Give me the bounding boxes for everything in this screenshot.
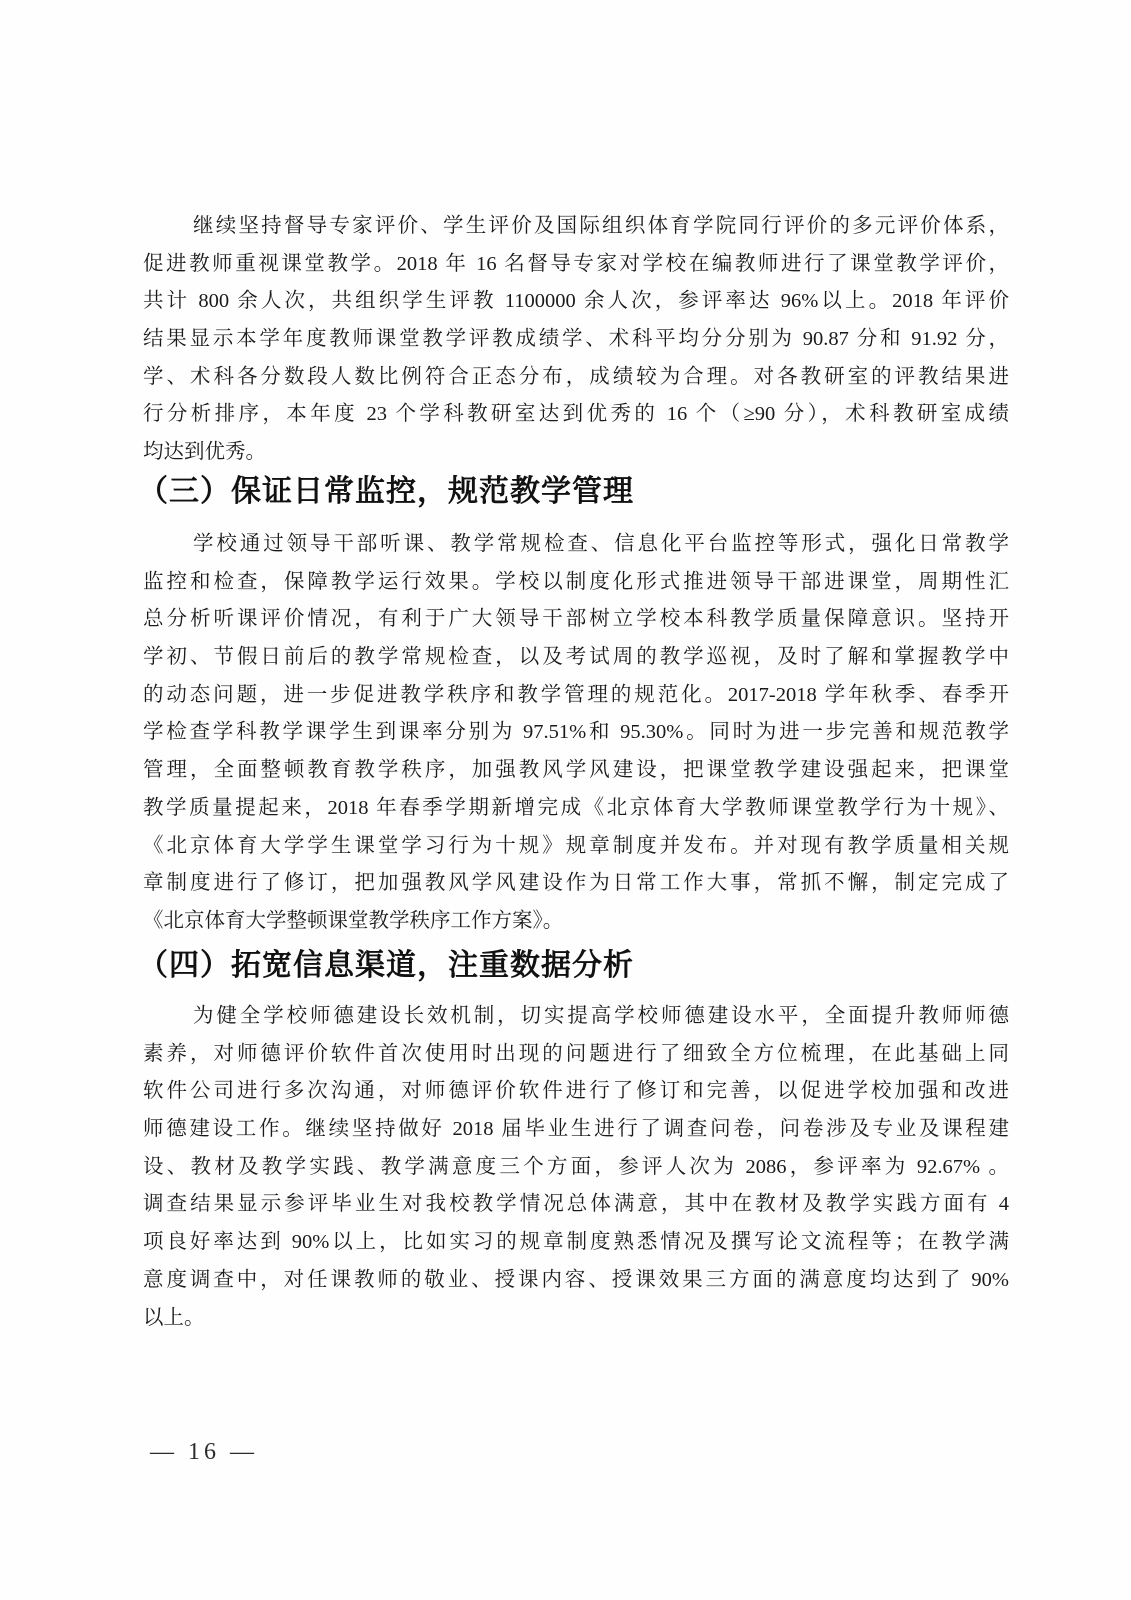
text-line: 管理，全面整顿教育教学秩序，加强教风学风建设，把课堂教学建设强起来，把课堂	[143, 752, 1009, 790]
text-line: 素养，对师德评价软件首次使用时出现的问题进行了细致全方位梳理，在此基础上同	[143, 1036, 1009, 1074]
text-line: 共计 800 余人次，共组织学生评教 1100000 余人次，参评率达 96%以…	[143, 283, 1009, 321]
page-number: — 16 —	[150, 1433, 258, 1471]
document-page: 继续坚持督导专家评价、学生评价及国际组织体育学院同行评价的多元评价体系， 促进教…	[0, 0, 1131, 1600]
text-line: 软件公司进行多次沟通，对师德评价软件进行了修订和完善，以促进学校加强和改进	[143, 1073, 1009, 1111]
text-line: 均达到优秀。	[143, 434, 1009, 472]
text-line: 教学质量提起来，2018 年春季学期新增完成《北京体育大学教师课堂教学行为十规》…	[143, 790, 1009, 828]
paragraph-3: 为健全学校师德建设长效机制，切实提高学校师德建设水平，全面提升教师师德 素养，对…	[143, 998, 1009, 1337]
section-heading-3: （三）保证日常监控，规范教学管理	[138, 469, 1018, 515]
text-line: 《北京体育大学整顿课堂教学秩序工作方案》。	[143, 903, 1009, 941]
text-line: 促进教师重视课堂教学。2018 年 16 名督导专家对学校在编教师进行了课堂教学…	[143, 246, 1009, 284]
text-line: 意度调查中，对任课教师的敬业、授课内容、授课效果三方面的满意度均达到了 90%	[143, 1262, 1009, 1300]
text-line: 学校通过领导干部听课、教学常规检查、信息化平台监控等形式，强化日常教学	[143, 526, 1009, 564]
text-line: 总分析听课评价情况，有利于广大领导干部树立学校本科教学质量保障意识。坚持开	[143, 601, 1009, 639]
paragraph-1: 继续坚持督导专家评价、学生评价及国际组织体育学院同行评价的多元评价体系， 促进教…	[143, 208, 1009, 472]
text-line: 师德建设工作。继续坚持做好 2018 届毕业生进行了调查问卷，问卷涉及专业及课程…	[143, 1111, 1009, 1149]
text-line: 项良好率达到 90%以上，比如实习的规章制度熟悉情况及撰写论文流程等；在教学满	[143, 1224, 1009, 1262]
section-heading-4: （四）拓宽信息渠道，注重数据分析	[138, 943, 1018, 989]
text-line: 调查结果显示参评毕业生对我校教学情况总体满意，其中在教材及教学实践方面有 4	[143, 1186, 1009, 1224]
text-line: 学、术科各分数段人数比例符合正态分布，成绩较为合理。对各教研室的评教结果进	[143, 359, 1009, 397]
paragraph-2: 学校通过领导干部听课、教学常规检查、信息化平台监控等形式，强化日常教学 监控和检…	[143, 526, 1009, 941]
text-line: 结果显示本学年度教师课堂教学评教成绩学、术科平均分分别为 90.87 分和 91…	[143, 321, 1009, 359]
text-line: 设、教材及教学实践、教学满意度三个方面，参评人次为 2086，参评率为 92.6…	[143, 1149, 1009, 1187]
text-line: 行分析排序，本年度 23 个学科教研室达到优秀的 16 个（≥90 分），术科教…	[143, 396, 1009, 434]
text-line: 《北京体育大学学生课堂学习行为十规》规章制度并发布。并对现有教学质量相关规	[143, 828, 1009, 866]
text-line: 继续坚持督导专家评价、学生评价及国际组织体育学院同行评价的多元评价体系，	[143, 208, 1009, 246]
text-line: 学初、节假日前后的教学常规检查，以及考试周的教学巡视，及时了解和掌握教学中	[143, 639, 1009, 677]
text-line: 监控和检查，保障教学运行效果。学校以制度化形式推进领导干部进课堂，周期性汇	[143, 564, 1009, 602]
text-line: 为健全学校师德建设长效机制，切实提高学校师德建设水平，全面提升教师师德	[143, 998, 1009, 1036]
text-line: 以上。	[143, 1300, 1009, 1338]
text-line: 的动态问题，进一步促进教学秩序和教学管理的规范化。2017-2018 学年秋季、…	[143, 677, 1009, 715]
text-line: 章制度进行了修订，把加强教风学风建设作为日常工作大事，常抓不懈，制定完成了	[143, 865, 1009, 903]
text-line: 学检查学科教学课学生到课率分别为 97.51%和 95.30%。同时为进一步完善…	[143, 714, 1009, 752]
